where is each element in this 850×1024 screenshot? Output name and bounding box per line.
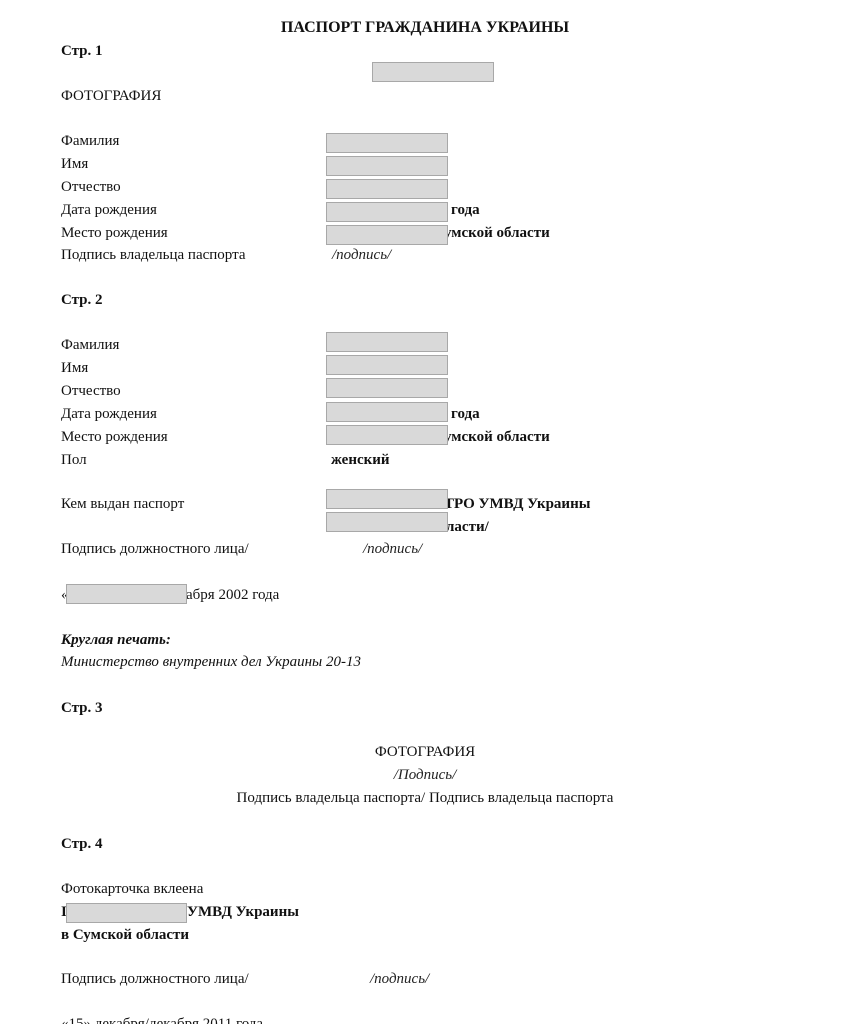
page2-stamp-label: Круглая печать:	[61, 633, 171, 648]
redacted-issuer-2	[326, 512, 448, 532]
page1-birthdate-suffix: года	[451, 203, 480, 218]
page1-name-label: Имя	[61, 157, 88, 172]
page3-signature: /Подпись/	[0, 768, 850, 783]
redacted-birthdate	[326, 202, 448, 222]
page2-sex-value: женский	[331, 453, 390, 468]
page3-signature-caption: Подпись владельца паспорта/ Подпись влад…	[0, 791, 850, 806]
redacted-surname	[326, 332, 448, 352]
redacted-name	[326, 156, 448, 176]
page2-birthplace-suffix: умской области	[444, 430, 550, 445]
redacted-authority	[66, 903, 187, 923]
page2-birthdate-label: Дата рождения	[61, 407, 157, 422]
redacted-issue-date	[66, 584, 187, 604]
page4-date: «15» декабря/декабря 2011 года	[61, 1017, 263, 1024]
page3-photo-label: ФОТОГРАФИЯ	[0, 745, 850, 760]
redacted-patronymic	[326, 179, 448, 199]
page4-authority-line2: в Сумской области	[61, 928, 189, 943]
page1-signature-label: Подпись владельца паспорта	[61, 248, 245, 263]
page2-sex-label: Пол	[61, 453, 87, 468]
redacted-surname	[326, 133, 448, 153]
page1-signature-value: /подпись/	[332, 248, 391, 263]
page4-official-signature-label: Подпись должностного лица/	[61, 972, 249, 987]
redacted-patronymic	[326, 378, 448, 398]
redacted-issuer-1	[326, 489, 448, 509]
page2-official-signature-label: Подпись должностного лица/	[61, 542, 249, 557]
page1-surname-label: Фамилия	[61, 134, 119, 149]
redacted-birthplace	[326, 225, 448, 245]
page1-birthplace-label: Место рождения	[61, 226, 168, 241]
page1-heading: Стр. 1	[61, 44, 103, 59]
redacted-name	[326, 355, 448, 375]
page2-issued-by-line2: ласти/	[446, 520, 489, 535]
page2-issued-by-label: Кем выдан паспорт	[61, 497, 184, 512]
page2-birthdate-suffix: года	[451, 407, 480, 422]
page2-stamp-text: Министерство внутренних дел Украины 20-1…	[61, 655, 361, 670]
page2-date-suffix: абря 2002 года	[186, 588, 279, 603]
page2-official-signature-value: /подпись/	[363, 542, 422, 557]
page4-official-signature-value: /подпись/	[370, 972, 429, 987]
page4-heading: Стр. 4	[61, 837, 103, 852]
page1-birthplace-suffix: умской области	[444, 226, 550, 241]
page2-patronymic-label: Отчество	[61, 384, 121, 399]
redacted-birthplace	[326, 425, 448, 445]
page1-patronymic-label: Отчество	[61, 180, 121, 195]
page2-issued-by-line1: ТРО УМВД Украины	[444, 497, 590, 512]
page1-photo-label: ФОТОГРАФИЯ	[61, 89, 161, 104]
document-title: ПАСПОРТ ГРАЖДАНИНА УКРАИНЫ	[0, 20, 850, 36]
page1-birthdate-label: Дата рождения	[61, 203, 157, 218]
page4-photo-glued: Фотокарточка вклеена	[61, 882, 203, 897]
redacted-birthdate	[326, 402, 448, 422]
page3-heading: Стр. 3	[61, 701, 103, 716]
page2-name-label: Имя	[61, 361, 88, 376]
page2-surname-label: Фамилия	[61, 338, 119, 353]
page2-heading: Стр. 2	[61, 293, 103, 308]
redacted-block	[372, 62, 494, 82]
page2-birthplace-label: Место рождения	[61, 430, 168, 445]
page4-authority-line1: УМВД Украины	[187, 905, 299, 920]
